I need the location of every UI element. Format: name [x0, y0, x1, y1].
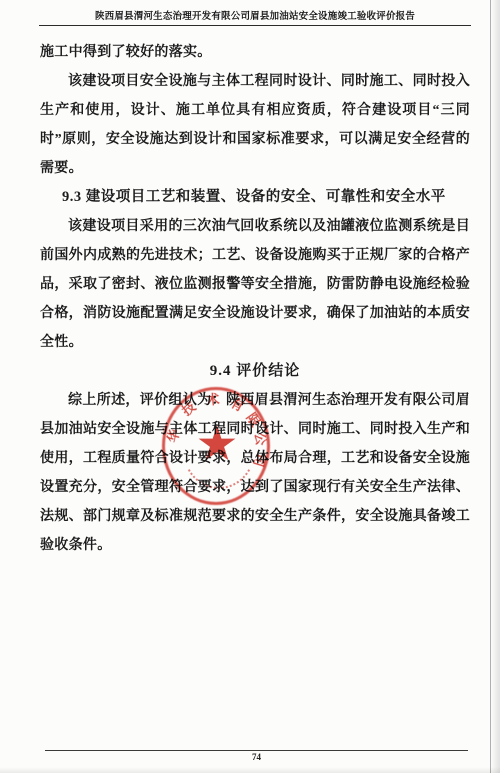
scan-edge-bottom	[0, 767, 500, 773]
section-heading-9-4: 9.4 评价结论	[40, 357, 470, 386]
section-heading-9-3: 9.3 建设项目工艺和装置、设备的安全、可靠性和安全水平	[40, 183, 470, 212]
report-body: 施工中得到了较好的落实。 该建设项目安全设施与主体工程同时设计、同时施工、同时投…	[40, 38, 470, 560]
header-rule	[39, 25, 471, 26]
footer-rule	[45, 750, 468, 751]
scan-edge-right	[490, 0, 500, 773]
report-header-title: 陕西眉县渭河生态治理开发有限公司眉县加油站安全设施竣工验收评价报告	[40, 8, 470, 22]
paragraph-evaluation-conclusion: 综上所述，评价组认为：陕西眉县渭河生态治理开发有限公司眉县加油站安全设施与主体工…	[40, 386, 470, 560]
paragraph-technology-safety: 该建设项目采用的三次油气回收系统以及油罐液位监测系统是目前国外内成熟的先进技术；…	[40, 212, 470, 357]
page-number: 74	[45, 752, 468, 762]
report-page: 陕西眉县渭河生态治理开发有限公司眉县加油站安全设施竣工验收评价报告 施工中得到了…	[0, 0, 500, 773]
paragraph-three-simultaneous: 该建设项目安全设施与主体工程同时设计、同时施工、同时投入生产和使用，设计、施工单…	[40, 67, 470, 183]
paragraph-implementation: 施工中得到了较好的落实。	[40, 38, 470, 67]
